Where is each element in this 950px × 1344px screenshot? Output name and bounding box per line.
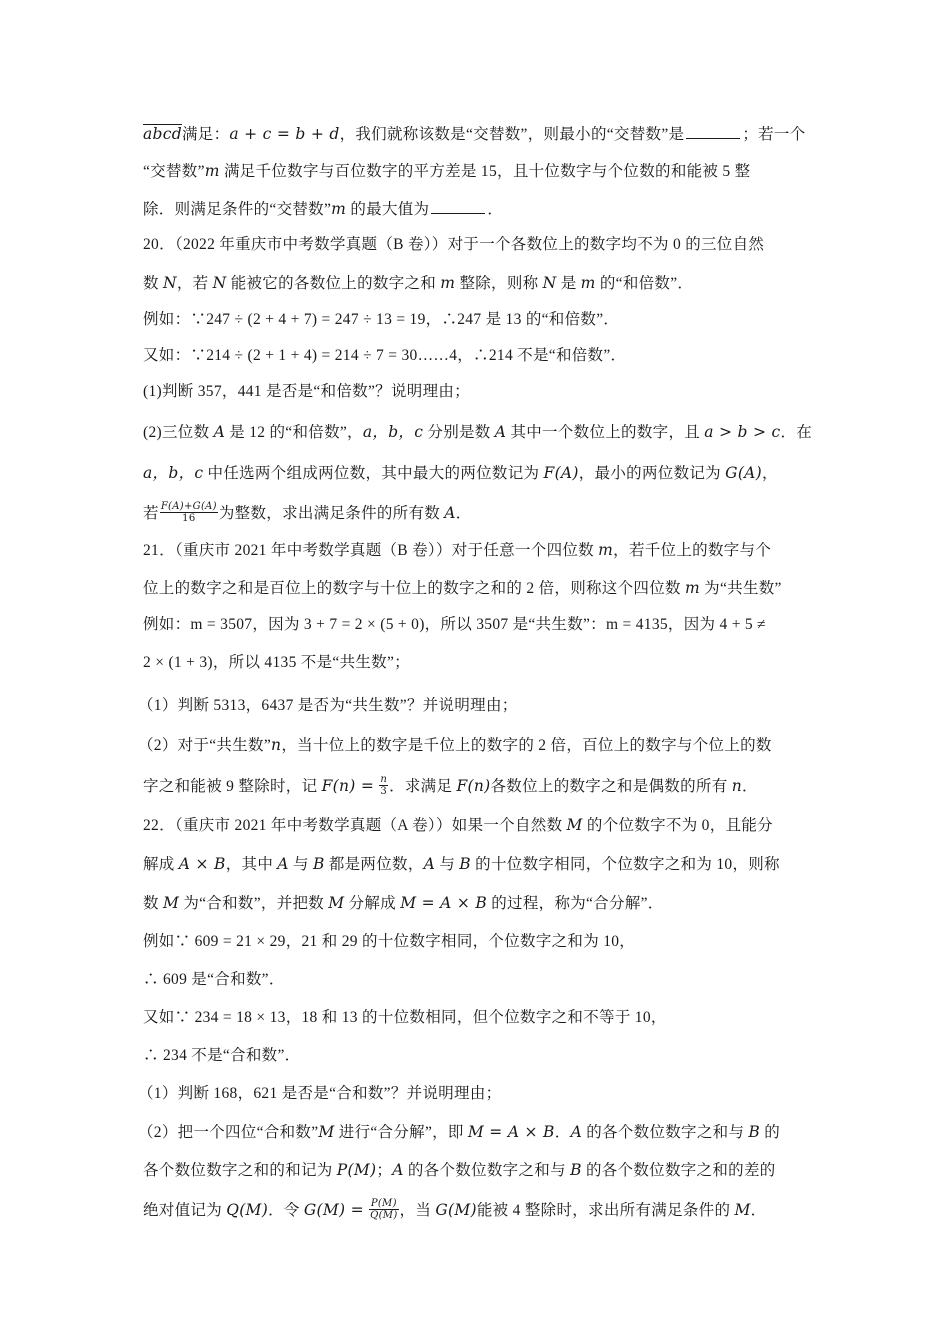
q22-line-9: （2）把一个四位“合和数”M 进行“合分解”，即 M = A × B．A 的各个… xyxy=(138,1122,808,1143)
q22-line-11: 绝对值记为 Q(M)．令 G(M) = P(M)Q(M)，当 G(M)能被 4 … xyxy=(143,1200,813,1223)
q20-line-1: 20．（2022 年重庆市中考数学真题（B 卷））对于一个各数位上的数字均不为 … xyxy=(143,235,813,255)
q21-line-5: （1）判断 5313，6437 是否为“共生数”？并说明理由； xyxy=(138,696,808,716)
q22-line-10: 各个数位数字之和的和记为 P(M)；A 的各个数位数字之和与 B 的各个数位数字… xyxy=(143,1160,813,1181)
overline-number: abcd xyxy=(143,125,182,143)
document-page: abcd满足：a + c = b + d，我们就称该数是“交替数”，则最小的“交… xyxy=(0,0,950,1344)
q19-line-3: 除．则满足条件的“交替数”m 的最大值为． xyxy=(143,199,813,220)
q22-line-6: 又如∵ 234 = 18 × 13，18 和 13 的十位数相同，但个位数字之和… xyxy=(143,1008,813,1028)
answer-blank-2[interactable] xyxy=(431,199,485,214)
q22-line-3: 数 M 为“合和数”，并把数 M 分解成 M = A × B 的过程，称为“合分… xyxy=(143,893,813,914)
q21-line-6: （2）对于“共生数”n，当十位上的数字是千位上的数字的 2 倍，百位上的数字与个… xyxy=(138,735,808,756)
q22-line-2: 解成 A × B，其中 A 与 B 都是两位数，A 与 B 的十位数字相同，个位… xyxy=(143,854,813,875)
q20-line-4: 又如：∵214 ÷ (2 + 1 + 4) = 214 ÷ 7 = 30……4，… xyxy=(143,346,813,366)
q19-line-1: abcd满足：a + c = b + d，我们就称该数是“交替数”，则最小的“交… xyxy=(143,124,813,145)
q22-line-4: 例如∵ 609 = 21 × 29，21 和 29 的十位数字相同，个位数字之和… xyxy=(143,932,813,952)
fraction: F(A)+G(A)16 xyxy=(160,501,218,524)
q21-line-3: 例如：m = 3507，因为 3 + 7 = 2 × (5 + 0)，所以 35… xyxy=(143,615,813,635)
q22-line-5: ∴ 609 是“合和数”． xyxy=(143,970,813,990)
q20-line-7: a，b，c 中任选两个组成两位数，其中最大的两位数记为 F(A)，最小的两位数记… xyxy=(143,463,813,484)
fraction: n3 xyxy=(379,774,388,797)
q20-line-5: (1)判断 357，441 是否是“和倍数”？说明理由； xyxy=(143,382,813,402)
fraction: P(M)Q(M) xyxy=(369,1198,398,1221)
answer-blank-1[interactable] xyxy=(686,124,740,139)
q20-line-8: 若F(A)+G(A)16为整数，求出满足条件的所有数 A． xyxy=(143,503,813,526)
q22-line-7: ∴ 234 不是“合和数”． xyxy=(143,1046,813,1066)
q22-line-1: 22．（重庆市 2021 年中考数学真题（A 卷））如果一个自然数 M 的个位数… xyxy=(143,815,813,836)
q19-line-2: “交替数”m 满足千位数字与百位数字的平方差是 15，且十位数字与个位数的和能被… xyxy=(143,161,813,182)
q20-line-6: (2)三位数 A 是 12 的“和倍数”，a，b，c 分别是数 A 其中一个数位… xyxy=(143,422,813,443)
q21-line-7: 字之和能被 9 整除时，记 F(n) = n3．求满足 F(n)各数位上的数字之… xyxy=(143,776,813,799)
q21-line-4: 2 × (1 + 3)，所以 4135 不是“共生数”； xyxy=(143,653,813,673)
q21-line-1: 21．（重庆市 2021 年中考数学真题（B 卷））对于任意一个四位数 m，若千… xyxy=(143,540,813,561)
q22-line-8: （1）判断 168，621 是否是“合和数”？并说明理由； xyxy=(138,1084,808,1104)
q20-line-2: 数 N，若 N 能被它的各数位上的数字之和 m 整除，则称 N 是 m 的“和倍… xyxy=(143,273,813,294)
q20-line-3: 例如：∵247 ÷ (2 + 4 + 7) = 247 ÷ 13 = 19，∴2… xyxy=(143,310,813,330)
q21-line-2: 位上的数字之和是百位上的数字与十位上的数字之和的 2 倍，则称这个四位数 m 为… xyxy=(143,578,813,599)
